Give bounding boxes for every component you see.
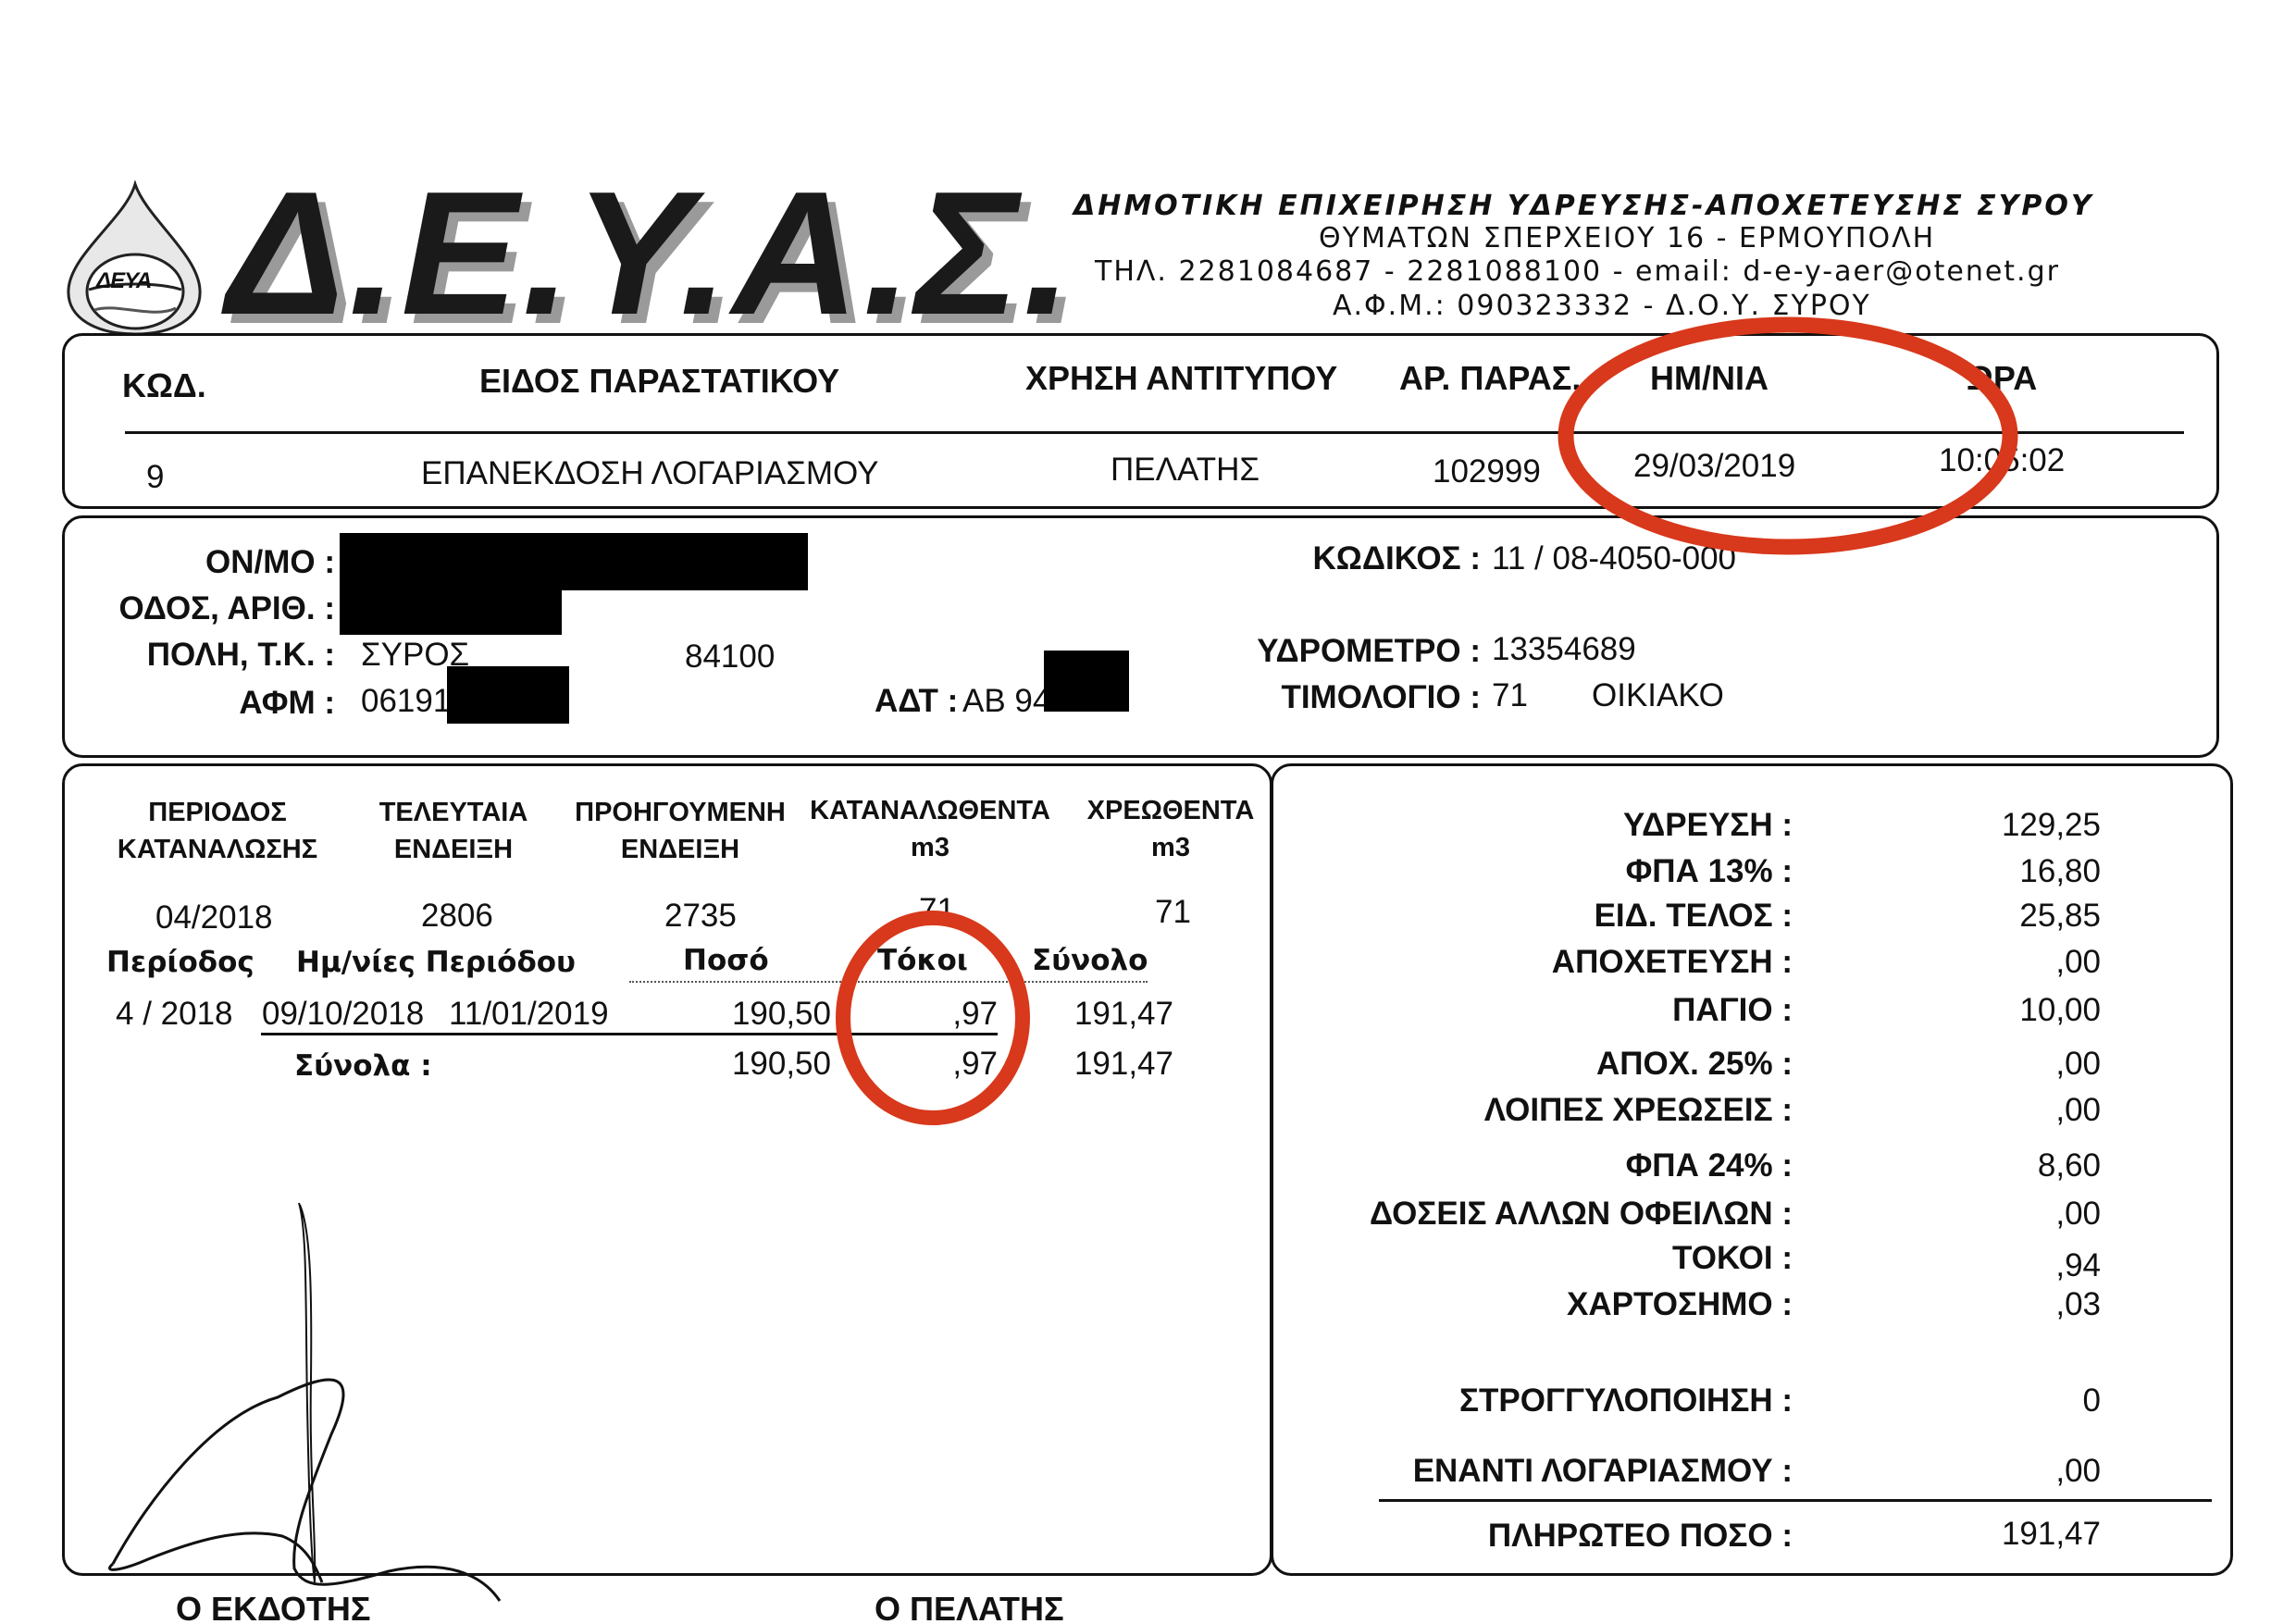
doc-type-value: ΕΠΑΝΕΚΔΟΣΗ ΛΟΓΑΡΙΑΣΜΟΥ [421, 455, 878, 492]
col-header-previous-reading: ΠΡΟΗΓΟΥΜΕΝΗ ΕΝΔΕΙΞΗ [569, 794, 791, 868]
customer-city-label: ΠΟΛΗ, Τ.Κ. : [83, 637, 335, 674]
logo-wordmark: Δ.Ε.Υ.Α.Σ. [227, 153, 1075, 354]
redacted-street [340, 579, 562, 635]
col-header-prev-line2: ΕΝΔΕΙΞΗ [569, 831, 791, 868]
customer-postcode: 84100 [685, 638, 775, 676]
tariff-code: 71 [1492, 677, 1528, 714]
col-header-period-line1: ΠΕΡΙΟΔΟΣ [102, 794, 333, 831]
col-header-last-reading: ΤΕΛΕΥΤΑΙΑ ΕΝΔΕΙΞΗ [352, 794, 555, 868]
header-time: ΩΡΑ [1967, 359, 2037, 398]
charge-label: ΥΔΡΕΥΣΗ : [1296, 807, 1793, 844]
charge-value: ,00 [1943, 1196, 2101, 1233]
issuer-label: Ο ΕΚΔΟΤΗΣ [176, 1590, 371, 1624]
company-full-name: ΔΗΜΟΤΙΚΗ ΕΠΙΧΕΙΡΗΣΗ ΥΔΡΕΥΣΗΣ-ΑΠΟΧΕΤΕΥΣΗΣ… [1074, 190, 2094, 222]
totals-total: 191,47 [1036, 1046, 1173, 1083]
company-contact: ΤΗΛ. 2281084687 - 2281088100 - email: d-… [1095, 255, 2060, 288]
amount-due-value: 191,47 [1943, 1516, 2101, 1553]
charge-label: ΑΠΟΧΕΤΕΥΣΗ : [1296, 944, 1793, 981]
charge-value: ,94 [1943, 1247, 2101, 1284]
signature-icon [93, 1194, 611, 1619]
periods-header-dates: Ημ/νίες Περιόδου [296, 946, 576, 979]
last-reading: 2806 [421, 898, 493, 935]
doc-code-value: 9 [146, 459, 164, 496]
periods-header-underline [629, 981, 1148, 983]
charge-label: ΦΠΑ 24% : [1296, 1147, 1793, 1184]
amount-due-label: ΠΛΗΡΩΤΕΟ ΠΟΣΟ : [1342, 1518, 1793, 1555]
customer-code-value: 11 / 08-4050-000 [1492, 540, 1736, 577]
totals-interest: ,97 [870, 1046, 998, 1083]
charge-value: 10,00 [1943, 992, 2101, 1029]
redacted-adt [1044, 651, 1129, 712]
tariff-label: ΤΙΜΟΛΟΓΙΟ : [1203, 679, 1481, 716]
periods-header-amount: Ποσό [683, 944, 769, 977]
customer-signature-label: Ο ΠΕΛΑΤΗΣ [875, 1590, 1064, 1624]
consumed-m3: 71 [919, 892, 955, 929]
header-code: ΚΩΔ. [122, 366, 206, 405]
charge-value: 0 [1943, 1382, 2101, 1419]
charge-value: ,00 [1943, 1092, 2101, 1129]
periods-header-interest: Τόκοι [877, 944, 968, 977]
water-meter-label: ΥΔΡΟΜΕΤΡΟ : [1203, 633, 1481, 670]
doc-date-value: 29/03/2019 [1633, 448, 1795, 485]
customer-street-label: ΟΔΟΣ, ΑΡΙΘ. : [83, 590, 335, 627]
doc-time-value: 10:05:02 [1939, 442, 2065, 479]
copy-use-value: ΠΕΛΑΤΗΣ [1111, 452, 1260, 489]
header-copy-use: ΧΡΗΣΗ ΑΝΤΙΤΥΠΟΥ [1025, 359, 1337, 398]
charge-label: ΦΠΑ 13% : [1296, 853, 1793, 890]
charges-total-divider [1379, 1499, 2212, 1502]
customer-afm-label: ΑΦΜ : [83, 685, 335, 722]
row-amount: 190,50 [648, 996, 831, 1033]
periods-header-total: Σύνολο [1032, 944, 1148, 977]
charge-value: 25,85 [1943, 898, 2101, 935]
col-header-period-line2: ΚΑΤΑΝΑΛΩΣΗΣ [102, 831, 333, 868]
charge-value: 8,60 [1943, 1147, 2101, 1184]
company-address: ΘΥΜΑΤΩΝ ΣΠΕΡΧΕΙΟΥ 16 - ΕΡΜΟΥΠΟΛΗ [1319, 222, 1935, 254]
periods-header-period: Περίοδος [106, 946, 254, 979]
col-header-charged: ΧΡΕΩΘΕΝΤΑ m3 [1064, 792, 1277, 866]
customer-name-label: ΟΝ/ΜΟ : [93, 544, 335, 581]
col-header-consumed-line1: ΚΑΤΑΝΑΛΩΘΕΝΤΑ [805, 792, 1055, 829]
redacted-afm [447, 666, 569, 724]
charge-value: ,00 [1943, 1046, 2101, 1083]
charge-value: ,00 [1943, 1453, 2101, 1490]
col-header-last-line1: ΤΕΛΕΥΤΑΙΑ [352, 794, 555, 831]
col-header-consumed: ΚΑΤΑΝΑΛΩΘΕΝΤΑ m3 [805, 792, 1055, 866]
totals-amount: 190,50 [648, 1046, 831, 1083]
col-header-last-line2: ΕΝΔΕΙΞΗ [352, 831, 555, 868]
logo-badge-text: ΔΕΥΑ [96, 268, 151, 294]
charge-label: ΛΟΙΠΕΣ ΧΡΕΩΣΕΙΣ : [1296, 1092, 1793, 1129]
charge-label: ΔΟΣΕΙΣ ΑΛΛΩΝ ΟΦΕΙΛΩΝ : [1296, 1196, 1793, 1233]
charge-value: ,03 [1943, 1286, 2101, 1323]
company-tax-id: Α.Φ.Μ.: 090323332 - Δ.Ο.Υ. ΣΥΡΟΥ [1333, 290, 1871, 322]
row-date-from: 09/10/2018 [262, 996, 424, 1033]
col-header-prev-line1: ΠΡΟΗΓΟΥΜΕΝΗ [569, 794, 791, 831]
doc-number-value: 102999 [1433, 453, 1541, 490]
previous-reading: 2735 [664, 898, 737, 935]
row-interest: ,97 [870, 996, 998, 1033]
charge-label: ΣΤΡΟΓΓΥΛΟΠΟΙΗΣΗ : [1296, 1382, 1793, 1419]
charge-label: ΤΟΚΟΙ : [1296, 1240, 1793, 1277]
customer-adt-label: ΑΔΤ : [875, 683, 958, 720]
row-period: 4 / 2018 [116, 996, 233, 1033]
document-info-divider [125, 431, 2184, 434]
charged-m3: 71 [1155, 894, 1191, 931]
charge-label: ΑΠΟΧ. 25% : [1296, 1046, 1793, 1083]
col-header-consumed-line2: m3 [805, 829, 1055, 866]
charge-label: ΕΙΔ. ΤΕΛΟΣ : [1296, 898, 1793, 935]
consumption-period: 04/2018 [155, 899, 273, 936]
header-date: ΗΜ/ΝΙΑ [1650, 359, 1769, 398]
water-drop-logo-icon [61, 180, 209, 338]
header-doc-number: ΑΡ. ΠΑΡΑΣ. [1399, 359, 1581, 398]
charge-label: ΧΑΡΤΟΣΗΜΟ : [1296, 1286, 1793, 1323]
water-meter-value: 13354689 [1492, 631, 1636, 668]
charge-label: ΠΑΓΙΟ : [1296, 992, 1793, 1029]
row-total: 191,47 [1036, 996, 1173, 1033]
charge-value: 129,25 [1943, 807, 2101, 844]
header-doc-type: ΕΙΔΟΣ ΠΑΡΑΣΤΑΤΙΚΟΥ [479, 362, 839, 401]
row-date-to: 11/01/2019 [449, 996, 609, 1033]
col-header-charged-line1: ΧΡΕΩΘΕΝΤΑ [1064, 792, 1277, 829]
col-header-charged-line2: m3 [1064, 829, 1277, 866]
col-header-period: ΠΕΡΙΟΔΟΣ ΚΑΤΑΝΑΛΩΣΗΣ [102, 794, 333, 868]
customer-afm-value: 06191 [361, 683, 451, 720]
charge-value: ,00 [1943, 944, 2101, 981]
customer-code-label: ΚΩΔΙΚΟΣ : [1203, 540, 1481, 577]
tariff-name: ΟΙΚΙΑΚΟ [1592, 677, 1724, 714]
charge-label: ΕΝΑΝΤΙ ΛΟΓΑΡΙΑΣΜΟΥ : [1296, 1453, 1793, 1490]
customer-adt-value: ΑΒ 94 [962, 683, 1050, 720]
totals-label: Σύνολα : [294, 1049, 432, 1083]
charge-value: 16,80 [1943, 853, 2101, 890]
totals-divider [261, 1033, 998, 1035]
